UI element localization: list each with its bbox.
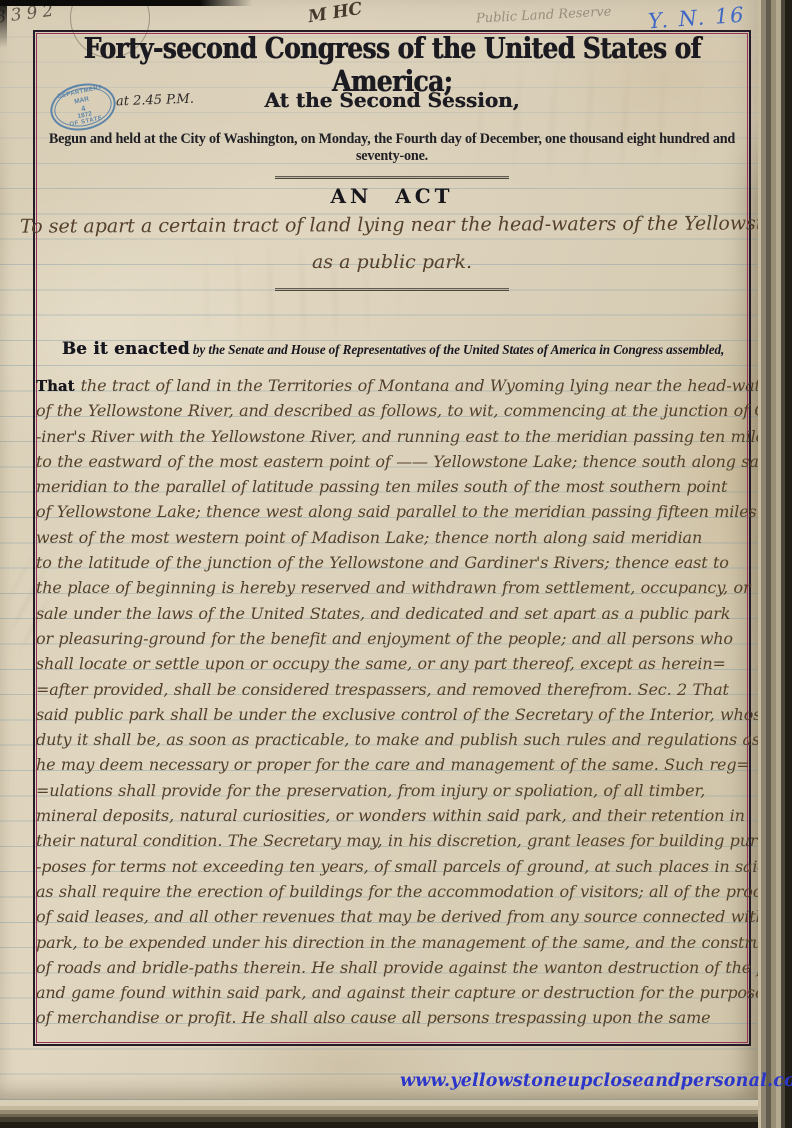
divider-rule <box>275 176 509 179</box>
manuscript-line: and game found within said park, and aga… <box>36 980 752 1005</box>
divider-rule <box>275 288 509 291</box>
manuscript-line: or pleasuring-ground for the benefit and… <box>36 626 752 651</box>
manuscript-line: sale under the laws of the United States… <box>36 601 752 626</box>
received-time-note: at 2.45 P.M. <box>116 92 194 110</box>
manuscript-line: their natural condition. The Secretary m… <box>36 828 752 853</box>
manuscript-line: Thatthe tract of land in the Territories… <box>36 373 752 398</box>
manuscript-line: he may deem necessary or proper for the … <box>36 752 752 777</box>
page-stack-bottom-edge <box>0 1100 758 1128</box>
document-photo: 8392 M HC Public Land Reserve Y. N. 16 F… <box>0 0 792 1128</box>
manuscript-line: the place of beginning is hereby reserve… <box>36 575 752 600</box>
manuscript-line: park, to be expended under his direction… <box>36 930 752 955</box>
manuscript-line: of roads and bridle-paths therein. He sh… <box>36 955 752 980</box>
photo-background-edge <box>0 0 7 48</box>
manuscript-line: of merchandise or profit. He shall also … <box>36 1005 752 1030</box>
manuscript-line: meridian to the parallel of latitude pas… <box>36 474 752 499</box>
parchment-sheet: 8392 M HC Public Land Reserve Y. N. 16 F… <box>0 0 758 1100</box>
photo-background-edge <box>0 0 252 6</box>
manuscript-line: duty it shall be, as soon as practicable… <box>36 727 752 752</box>
manuscript-line: to the latitude of the junction of the Y… <box>36 550 752 575</box>
manuscript-line: shall locate or settle upon or occupy th… <box>36 651 752 676</box>
printed-lead-word: That <box>36 378 75 395</box>
begun-line: Begun and held at the City of Washington… <box>40 131 744 165</box>
page-stack-right-edge <box>758 0 792 1128</box>
enacting-lead: Be it enacted <box>62 339 190 358</box>
act-title-line: as a public park. <box>40 251 744 273</box>
manuscript-line: of Yellowstone Lake; thence west along s… <box>36 499 752 524</box>
enacting-clause: Be it enacted by the Senate and House of… <box>48 339 738 359</box>
manuscript-line: =ulations shall provide for the preserva… <box>36 778 752 803</box>
manuscript-line: mineral deposits, natural curiosities, o… <box>36 803 752 828</box>
manuscript-line: as shall require the erection of buildin… <box>36 879 752 904</box>
manuscript-line: of said leases, and all other revenues t… <box>36 904 752 929</box>
manuscript-line: =after provided, shall be considered tre… <box>36 677 752 702</box>
act-heading: AN ACT <box>40 184 744 208</box>
enacting-rest: by the Senate and House of Representativ… <box>190 342 724 357</box>
manuscript: Thatthe tract of land in the Territories… <box>36 373 752 1031</box>
manuscript-line: of the Yellowstone River, and described … <box>36 398 752 423</box>
manuscript-line: to the eastward of the most eastern poin… <box>36 449 752 474</box>
manuscript-line: west of the most western point of Madiso… <box>36 525 752 550</box>
website-watermark: www.yellowstoneupcloseandpersonal.com <box>400 1071 764 1091</box>
manuscript-line: -poses for terms not exceeding ten years… <box>36 854 752 879</box>
act-title-line: To set apart a certain tract of land lyi… <box>20 212 764 237</box>
manuscript-line: -iner's River with the Yellowstone River… <box>36 424 752 449</box>
manuscript-line: said public park shall be under the excl… <box>36 702 752 727</box>
